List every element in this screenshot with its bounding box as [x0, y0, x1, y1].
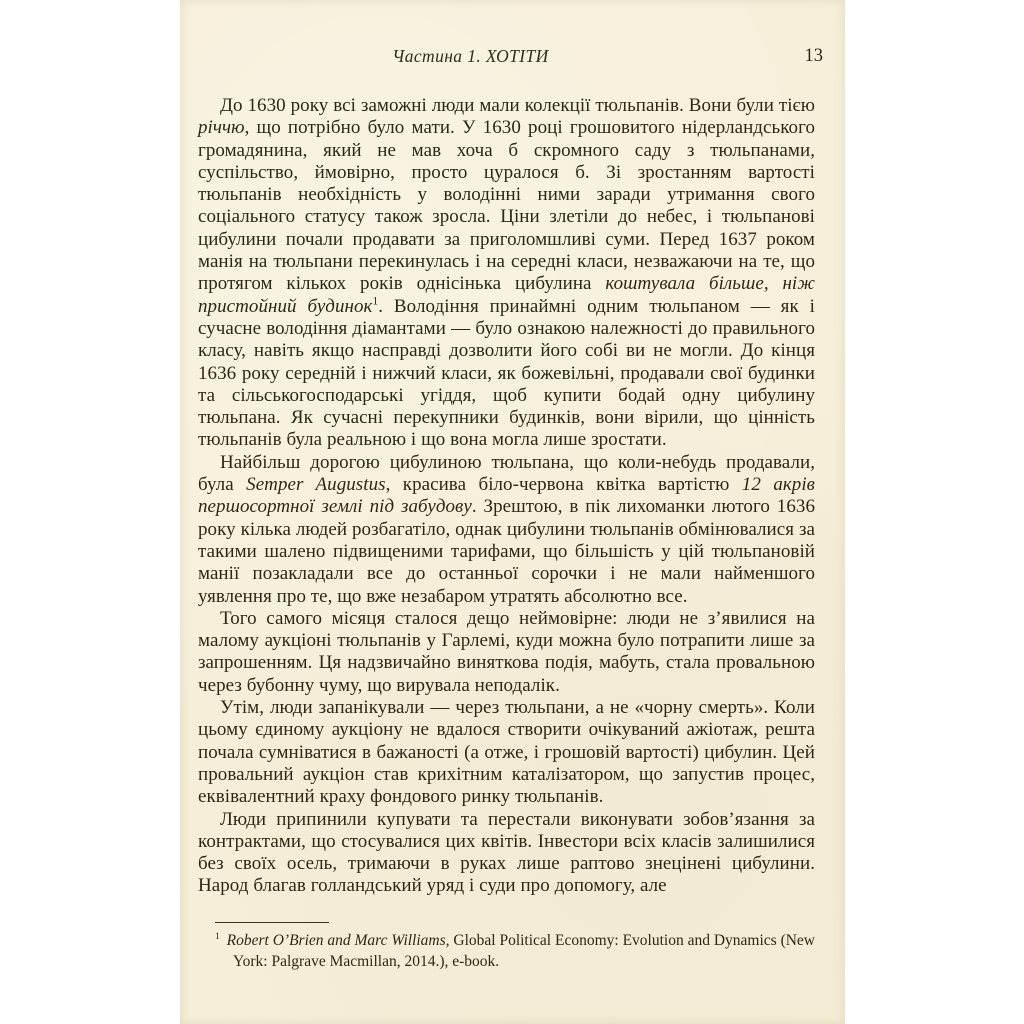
page-number: 13: [805, 46, 824, 67]
text-segment: , красива біло-червона квітка вартістю: [386, 474, 742, 495]
body-paragraph: Найбільш дорогою цибулиною тюльпана, що …: [198, 452, 815, 608]
text-segment: , що потрібно було мати. У 1630 році гро…: [198, 117, 815, 294]
footnote-area: 1Robert O’Brien and Marc Williams, Globa…: [215, 922, 815, 972]
text-segment: Semper Augustus: [246, 474, 385, 495]
running-head: Частина 1. ХОТІТИ 13: [198, 0, 815, 70]
body-paragraph: Люди припинили купувати та перестали вик…: [198, 809, 815, 898]
text-segment: Того самого місяця сталося дещо неймовір…: [198, 608, 815, 696]
body-paragraphs: До 1630 року всі заможні люди мали колек…: [198, 95, 815, 898]
text-segment: Утім, люди запанікували — через тюльпани…: [198, 697, 815, 807]
footnote: 1Robert O’Brien and Marc Williams, Globa…: [215, 930, 815, 972]
text-segment: До 1630 року всі заможні люди мали колек…: [220, 95, 815, 116]
body-paragraph: Утім, люди запанікували — через тюльпани…: [198, 697, 815, 808]
running-title: Частина 1. ХОТІТИ: [392, 46, 548, 66]
body-paragraph: До 1630 року всі заможні люди мали колек…: [198, 95, 815, 452]
footnote-text: Robert O’Brien and Marc Williams, Global…: [227, 932, 815, 970]
footnote-marker: 1: [215, 932, 220, 942]
text-segment: . Володіння принаймні одним тюльпаном — …: [198, 296, 815, 451]
footnote-rule: [215, 922, 329, 923]
body-paragraph: Того самого місяця сталося дещо неймовір…: [198, 608, 815, 697]
text-segment: річчю: [198, 117, 245, 138]
text-segment: Люди припинили купувати та перестали вик…: [198, 809, 815, 897]
page-content: Частина 1. ХОТІТИ 13 До 1630 року всі за…: [198, 0, 815, 1024]
text-segment: Robert O’Brien and Marc Williams,: [227, 932, 450, 949]
book-page: Частина 1. ХОТІТИ 13 До 1630 року всі за…: [180, 0, 845, 1024]
